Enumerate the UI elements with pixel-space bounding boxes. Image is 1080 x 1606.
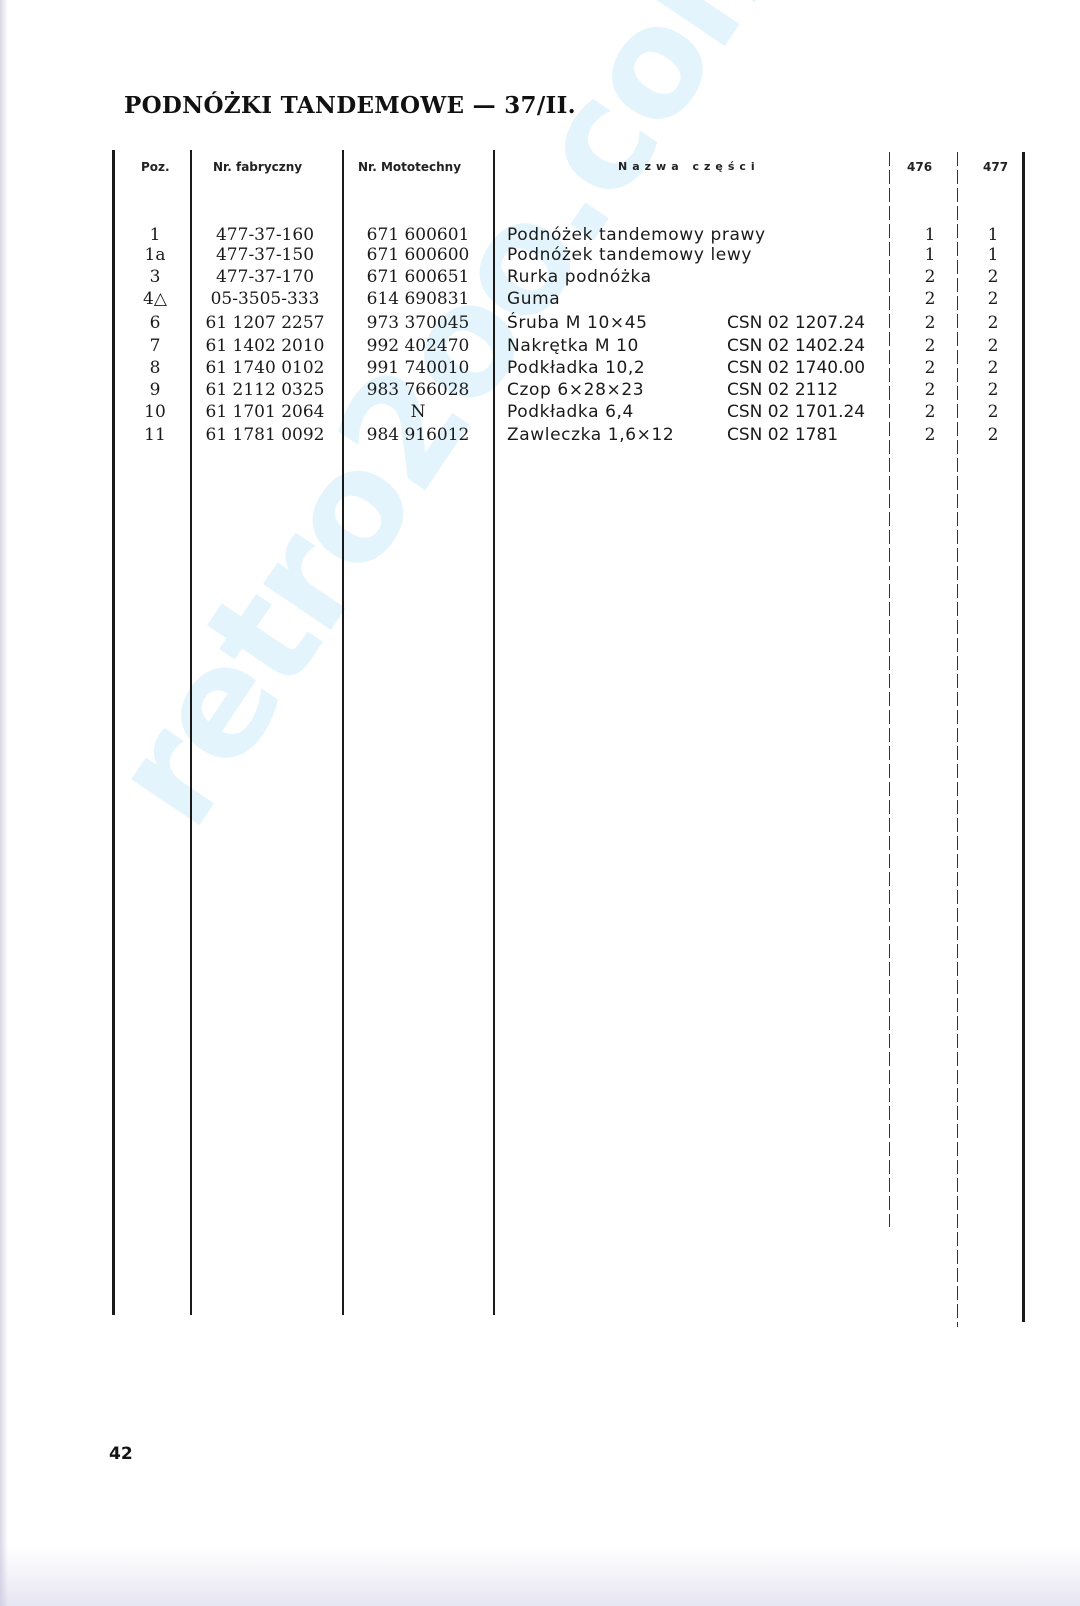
column-rule (957, 152, 958, 1327)
table-border-right (1022, 152, 1025, 1322)
cell-nr-mototechny: 973 370045 (367, 312, 470, 334)
cell-qty-476: 2 (925, 357, 936, 379)
cell-poz: 10 (144, 401, 166, 423)
cell-qty-476: 1 (925, 244, 936, 266)
header-nr-mototechny: Nr. Mototechny (358, 160, 461, 174)
cell-nazwa: Guma (507, 288, 560, 310)
cell-norma: CSN 02 1701.24 (727, 401, 865, 423)
cell-qty-476: 2 (925, 424, 936, 446)
cell-qty-477: 2 (988, 401, 999, 423)
cell-norma: CSN 02 2112 (727, 379, 838, 401)
cell-poz: 3 (150, 266, 161, 288)
cell-qty-477: 2 (988, 424, 999, 446)
cell-nr-mototechny: 991 740010 (367, 357, 470, 379)
cell-poz: 4△ (143, 288, 167, 310)
cell-nr-fabryczny: 61 1402 2010 (206, 335, 325, 357)
cell-nr-mototechny: 614 690831 (367, 288, 470, 310)
cell-nr-mototechny: 671 600600 (367, 244, 470, 266)
cell-nr-fabryczny: 477-37-150 (216, 244, 314, 266)
cell-nazwa: Nakrętka M 10 (507, 335, 639, 357)
cell-qty-476: 1 (925, 224, 936, 246)
header-476: 476 (907, 160, 932, 174)
column-rule (493, 150, 495, 1315)
cell-norma: CSN 02 1402.24 (727, 335, 865, 357)
cell-poz: 6 (150, 312, 161, 334)
cell-nr-fabryczny: 477-37-160 (216, 224, 314, 246)
column-rule (889, 152, 890, 1227)
column-rule (190, 150, 192, 1315)
cell-poz: 1a (145, 244, 166, 266)
header-nr-fabryczny: Nr. fabryczny (213, 160, 302, 174)
cell-poz: 8 (150, 357, 161, 379)
cell-nr-fabryczny: 61 1701 2064 (206, 401, 325, 423)
cell-qty-476: 2 (925, 335, 936, 357)
header-477: 477 (983, 160, 1008, 174)
cell-nazwa: Podnóżek tandemowy lewy (507, 244, 752, 266)
cell-poz: 7 (150, 335, 161, 357)
cell-qty-476: 2 (925, 401, 936, 423)
cell-qty-476: 2 (925, 288, 936, 310)
cell-qty-477: 2 (988, 266, 999, 288)
cell-nazwa: Czop 6×28×23 (507, 379, 644, 401)
cell-norma: CSN 02 1740.00 (727, 357, 865, 379)
cell-nazwa: Rurka podnóżka (507, 266, 652, 288)
cell-nr-mototechny: 671 600601 (367, 224, 470, 246)
header-poz: Poz. (141, 160, 170, 174)
cell-nr-mototechny: N (411, 401, 426, 423)
cell-qty-477: 2 (988, 312, 999, 334)
cell-nr-fabryczny: 61 1740 0102 (206, 357, 325, 379)
cell-qty-477: 1 (988, 224, 999, 246)
cell-poz: 11 (144, 424, 166, 446)
cell-nazwa: Podnóżek tandemowy prawy (507, 224, 766, 246)
page-title: PODNÓŻKI TANDEMOWE — 37/II. (124, 92, 576, 119)
cell-nr-fabryczny: 61 1781 0092 (206, 424, 325, 446)
cell-nr-fabryczny: 61 2112 0325 (206, 379, 325, 401)
cell-qty-477: 2 (988, 288, 999, 310)
cell-norma: CSN 02 1781 (727, 424, 838, 446)
cell-nazwa: Podkładka 10,2 (507, 357, 645, 379)
cell-qty-477: 2 (988, 335, 999, 357)
cell-norma: CSN 02 1207.24 (727, 312, 865, 334)
cell-qty-477: 1 (988, 244, 999, 266)
cell-qty-476: 2 (925, 266, 936, 288)
cell-nr-fabryczny: 477-37-170 (216, 266, 314, 288)
document-page: PODNÓŻKI TANDEMOWE — 37/II. Poz. Nr. fab… (0, 0, 1080, 1606)
cell-nr-mototechny: 671 600651 (367, 266, 470, 288)
cell-nazwa: Śruba M 10×45 (507, 312, 648, 334)
cell-nr-mototechny: 983 766028 (367, 379, 470, 401)
cell-qty-477: 2 (988, 357, 999, 379)
header-nazwa-czesci: Nazwa części (618, 160, 760, 173)
page-number: 42 (109, 1444, 133, 1464)
cell-qty-477: 2 (988, 379, 999, 401)
cell-nazwa: Podkładka 6,4 (507, 401, 634, 423)
cell-nr-fabryczny: 61 1207 2257 (206, 312, 325, 334)
cell-qty-476: 2 (925, 312, 936, 334)
cell-nr-mototechny: 992 402470 (367, 335, 470, 357)
column-rule (342, 150, 344, 1315)
table-border-left (112, 150, 115, 1315)
cell-poz: 1 (150, 224, 161, 246)
cell-nr-mototechny: 984 916012 (367, 424, 470, 446)
cell-nazwa: Zawleczka 1,6×12 (507, 424, 674, 446)
cell-qty-476: 2 (925, 379, 936, 401)
cell-nr-fabryczny: 05-3505-333 (211, 288, 320, 310)
cell-poz: 9 (150, 379, 161, 401)
